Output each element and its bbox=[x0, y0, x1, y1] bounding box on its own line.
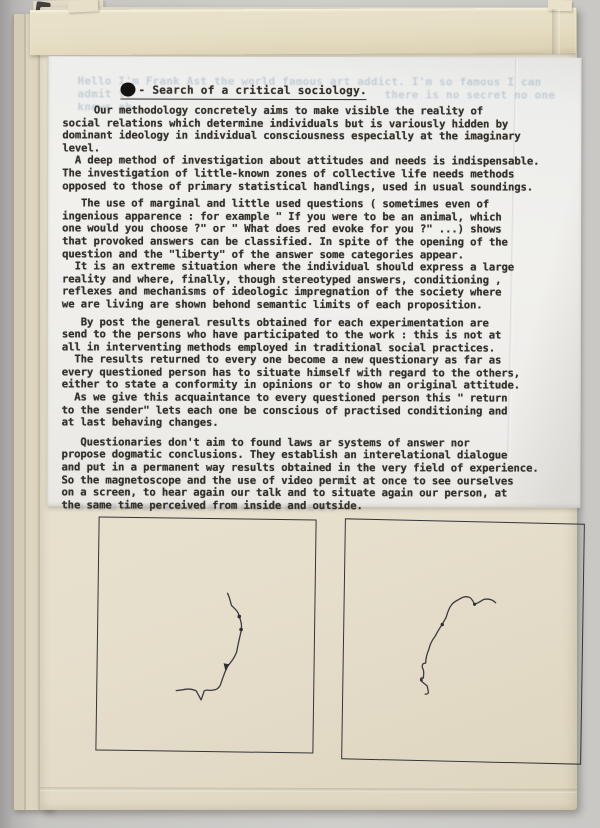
curve-path-1 bbox=[176, 593, 242, 701]
paragraph-1: Our methodology concretely aims to make … bbox=[62, 104, 573, 156]
tape-tab bbox=[68, 0, 99, 13]
tape-fold bbox=[552, 9, 560, 54]
paragraph-4: It is an extreme situation where the ind… bbox=[62, 260, 573, 312]
curve-marker-dot bbox=[239, 628, 243, 632]
typed-sheet: Hello I'm Frank Ast the world famous art… bbox=[47, 56, 581, 507]
tape-strip bbox=[30, 8, 576, 55]
title-text: - Search of a critical sociology. bbox=[138, 83, 366, 97]
title-underline: - Search of a critical sociology. bbox=[120, 82, 366, 100]
hand-drawn-curve-1 bbox=[96, 518, 315, 753]
paragraph-6: The results returned to every one become… bbox=[62, 354, 573, 393]
paragraph-2: A deep method of investigation about att… bbox=[62, 155, 573, 194]
curve-marker-triangle bbox=[223, 663, 229, 671]
hand-drawn-curve-2 bbox=[342, 519, 584, 763]
paragraph-5: By post the general results obtained for… bbox=[62, 316, 573, 355]
paragraph-8: Questionaries don't aim to found laws ar… bbox=[61, 436, 572, 513]
page-title: - Search of a critical sociology. bbox=[120, 82, 573, 100]
figure-box-2 bbox=[341, 518, 585, 764]
typed-content: - Search of a critical sociology. Our me… bbox=[47, 56, 581, 513]
photo-background: Hello I'm Frank Ast the world famous art… bbox=[0, 0, 600, 828]
paragraph-7: As we give this acquaintance to every qu… bbox=[62, 391, 573, 430]
paragraph-3: The use of marginal and little used ques… bbox=[62, 197, 573, 261]
ink-dot-icon bbox=[120, 82, 135, 96]
figure-box-1 bbox=[95, 516, 316, 753]
curve-path-2 bbox=[421, 596, 496, 696]
curve-marker-dot bbox=[237, 615, 241, 619]
bottom-fold-crease bbox=[40, 787, 577, 793]
